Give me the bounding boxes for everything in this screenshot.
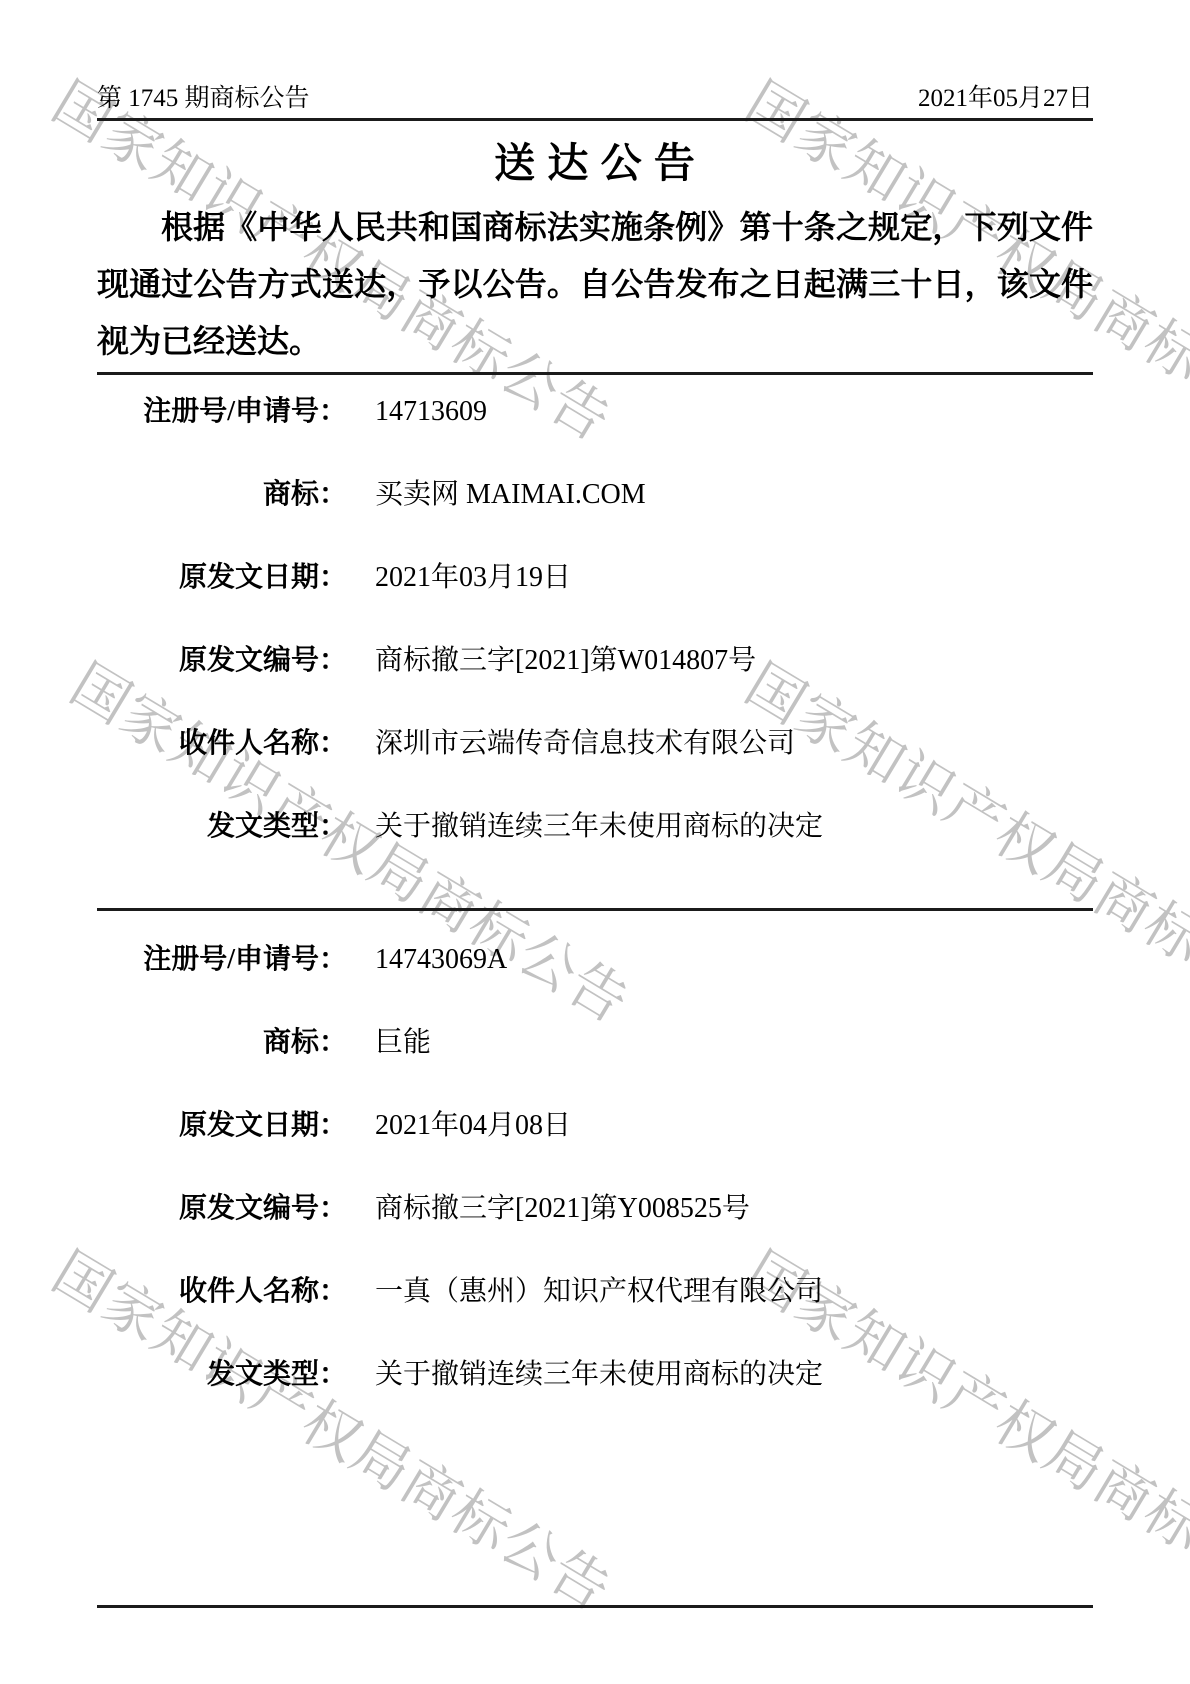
document-body: 第 1745 期商标公告 2021年05月27日 送 达 公 告 根据《中华人民… [0, 0, 1190, 1608]
field-value: 巨能 [375, 1026, 431, 1060]
footer-rule [97, 1605, 1093, 1608]
field-value: 一真（惠州）知识产权代理有限公司 [375, 1275, 823, 1309]
field-row-original-document-number: 原发文编号： 商标撤三字[2021]第Y008525号 [97, 1192, 1093, 1275]
notice-record-2: 注册号/申请号： 14743069A 商标： 巨能 原发文日期： 2021年04… [97, 911, 1093, 1456]
field-value: 14743069A [375, 943, 507, 977]
page-title: 送 达 公 告 [97, 139, 1093, 187]
field-row-document-type: 发文类型： 关于撤销连续三年未使用商标的决定 [97, 1358, 1093, 1441]
gazette-page: { "watermark": { "text": "国家知识产权局商标公告", … [0, 0, 1190, 1684]
field-row-original-issue-date: 原发文日期： 2021年04月08日 [97, 1109, 1093, 1192]
field-value: 买卖网 MAIMAI.COM [375, 478, 646, 512]
field-row-trademark: 商标： 巨能 [97, 1026, 1093, 1109]
gazette-issue-label: 第 1745 期商标公告 [97, 86, 310, 112]
field-label: 原发文编号： [97, 1192, 347, 1226]
field-value: 商标撤三字[2021]第W014807号 [375, 644, 756, 678]
field-label: 原发文日期： [97, 1109, 347, 1143]
field-value: 14713609 [375, 395, 487, 429]
field-value: 2021年03月19日 [375, 561, 571, 595]
gazette-date: 2021年05月27日 [918, 86, 1093, 112]
page-header: 第 1745 期商标公告 2021年05月27日 [97, 86, 1093, 112]
field-row-recipient-name: 收件人名称： 深圳市云端传奇信息技术有限公司 [97, 727, 1093, 810]
field-label: 商标： [97, 478, 347, 512]
field-row-registration-number: 注册号/申请号： 14743069A [97, 943, 1093, 1026]
field-label: 收件人名称： [97, 1275, 347, 1309]
field-value: 2021年04月08日 [375, 1109, 571, 1143]
field-value: 关于撤销连续三年未使用商标的决定 [375, 1358, 823, 1392]
notice-record-1: 注册号/申请号： 14713609 商标： 买卖网 MAIMAI.COM 原发文… [97, 375, 1093, 908]
field-row-original-issue-date: 原发文日期： 2021年03月19日 [97, 561, 1093, 644]
field-label: 原发文编号： [97, 644, 347, 678]
field-label: 注册号/申请号： [97, 395, 347, 429]
intro-paragraph: 根据《中华人民共和国商标法实施条例》第十条之规定，下列文件现通过公告方式送达，予… [97, 199, 1093, 370]
field-label: 原发文日期： [97, 561, 347, 595]
field-row-original-document-number: 原发文编号： 商标撤三字[2021]第W014807号 [97, 644, 1093, 727]
field-label: 发文类型： [97, 1358, 347, 1392]
field-value: 关于撤销连续三年未使用商标的决定 [375, 810, 823, 844]
field-value: 商标撤三字[2021]第Y008525号 [375, 1192, 750, 1226]
field-row-registration-number: 注册号/申请号： 14713609 [97, 395, 1093, 478]
field-label: 注册号/申请号： [97, 943, 347, 977]
header-rule [97, 118, 1093, 121]
field-label: 发文类型： [97, 810, 347, 844]
field-value: 深圳市云端传奇信息技术有限公司 [375, 727, 795, 761]
field-label: 商标： [97, 1026, 347, 1060]
field-row-recipient-name: 收件人名称： 一真（惠州）知识产权代理有限公司 [97, 1275, 1093, 1358]
field-row-trademark: 商标： 买卖网 MAIMAI.COM [97, 478, 1093, 561]
field-row-document-type: 发文类型： 关于撤销连续三年未使用商标的决定 [97, 810, 1093, 893]
field-label: 收件人名称： [97, 727, 347, 761]
